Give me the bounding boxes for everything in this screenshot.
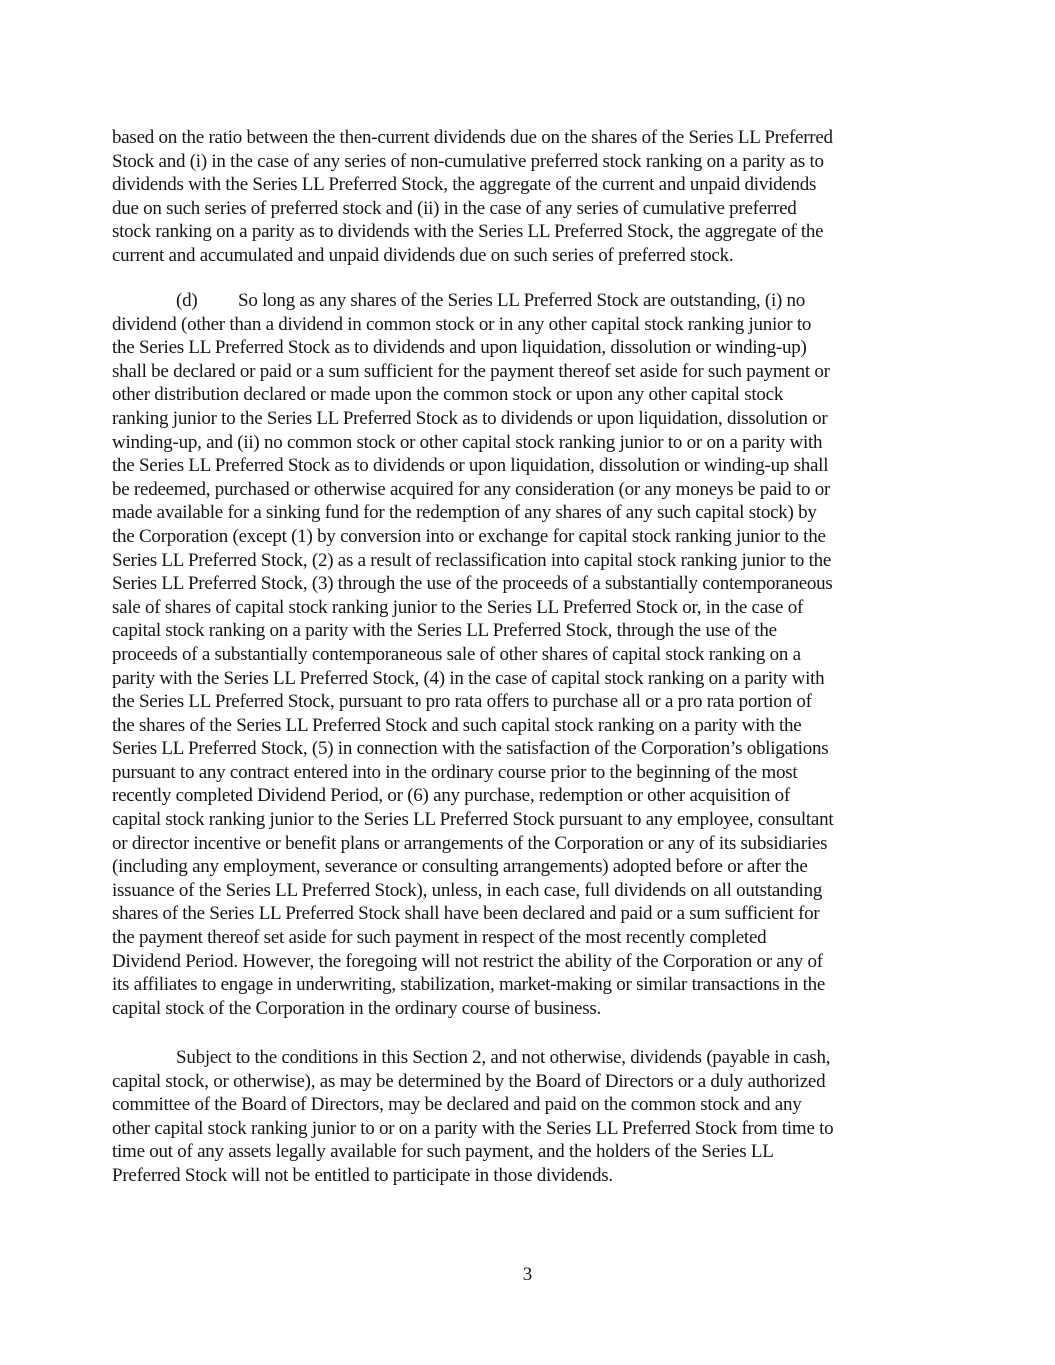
text-line: the shares of the Series LL Preferred St… bbox=[112, 714, 932, 738]
paragraph-subject-to: Subject to the conditions in this Sectio… bbox=[112, 1046, 932, 1188]
text-line: winding-up, and (ii) no common stock or … bbox=[112, 431, 932, 455]
text-line: stock ranking on a parity as to dividend… bbox=[112, 220, 932, 244]
text-line: ranking junior to the Series LL Preferre… bbox=[112, 407, 932, 431]
text-line: other capital stock ranking junior to or… bbox=[112, 1117, 932, 1141]
paragraph-section-d: (d)So long as any shares of the Series L… bbox=[112, 289, 932, 1020]
text-line: capital stock, or otherwise), as may be … bbox=[112, 1070, 932, 1094]
first-line: Subject to the conditions in this Sectio… bbox=[112, 1046, 932, 1070]
text-line: due on such series of preferred stock an… bbox=[112, 197, 932, 221]
text-line: be redeemed, purchased or otherwise acqu… bbox=[112, 478, 932, 502]
text-line: pursuant to any contract entered into in… bbox=[112, 761, 932, 785]
text-line: the payment thereof set aside for such p… bbox=[112, 926, 932, 950]
text-line: Stock and (i) in the case of any series … bbox=[112, 150, 932, 174]
text-line: the Series LL Preferred Stock as to divi… bbox=[112, 454, 932, 478]
text-line: its affiliates to engage in underwriting… bbox=[112, 973, 932, 997]
text-line: dividend (other than a dividend in commo… bbox=[112, 313, 932, 337]
text-line: Series LL Preferred Stock, (3) through t… bbox=[112, 572, 932, 596]
text-line: (including any employment, severance or … bbox=[112, 855, 932, 879]
paragraph-continuation: based on the ratio between the then-curr… bbox=[112, 126, 932, 268]
first-line: (d)So long as any shares of the Series L… bbox=[112, 289, 932, 313]
document-page: based on the ratio between the then-curr… bbox=[0, 0, 1055, 1365]
text-line: other distribution declared or made upon… bbox=[112, 383, 932, 407]
text-line: shares of the Series LL Preferred Stock … bbox=[112, 902, 932, 926]
text-line: sale of shares of capital stock ranking … bbox=[112, 596, 932, 620]
text-line: Dividend Period. However, the foregoing … bbox=[112, 950, 932, 974]
text-line: shall be declared or paid or a sum suffi… bbox=[112, 360, 932, 384]
section-label: (d) bbox=[176, 289, 238, 313]
text-line: made available for a sinking fund for th… bbox=[112, 501, 932, 525]
text-line: committee of the Board of Directors, may… bbox=[112, 1093, 932, 1117]
text-line: issuance of the Series LL Preferred Stoc… bbox=[112, 879, 932, 903]
text-line: dividends with the Series LL Preferred S… bbox=[112, 173, 932, 197]
text-line: recently completed Dividend Period, or (… bbox=[112, 784, 932, 808]
text-line: based on the ratio between the then-curr… bbox=[112, 126, 932, 150]
text-line: Series LL Preferred Stock, (2) as a resu… bbox=[112, 549, 932, 573]
text-line: Series LL Preferred Stock, (5) in connec… bbox=[112, 737, 932, 761]
text-line: or director incentive or benefit plans o… bbox=[112, 832, 932, 856]
text-line: time out of any assets legally available… bbox=[112, 1140, 932, 1164]
page-number: 3 bbox=[0, 1263, 1055, 1287]
text-line: proceeds of a substantially contemporane… bbox=[112, 643, 932, 667]
text-line: the Corporation (except (1) by conversio… bbox=[112, 525, 932, 549]
text-line: capital stock of the Corporation in the … bbox=[112, 997, 932, 1021]
text-line: Preferred Stock will not be entitled to … bbox=[112, 1164, 932, 1188]
text-line: capital stock ranking junior to the Seri… bbox=[112, 808, 932, 832]
text-line: the Series LL Preferred Stock as to divi… bbox=[112, 336, 932, 360]
text-line: current and accumulated and unpaid divid… bbox=[112, 244, 932, 268]
text-line: parity with the Series LL Preferred Stoc… bbox=[112, 667, 932, 691]
first-line-text: So long as any shares of the Series LL P… bbox=[238, 290, 805, 311]
text-line: capital stock ranking on a parity with t… bbox=[112, 619, 932, 643]
text-line: the Series LL Preferred Stock, pursuant … bbox=[112, 690, 932, 714]
